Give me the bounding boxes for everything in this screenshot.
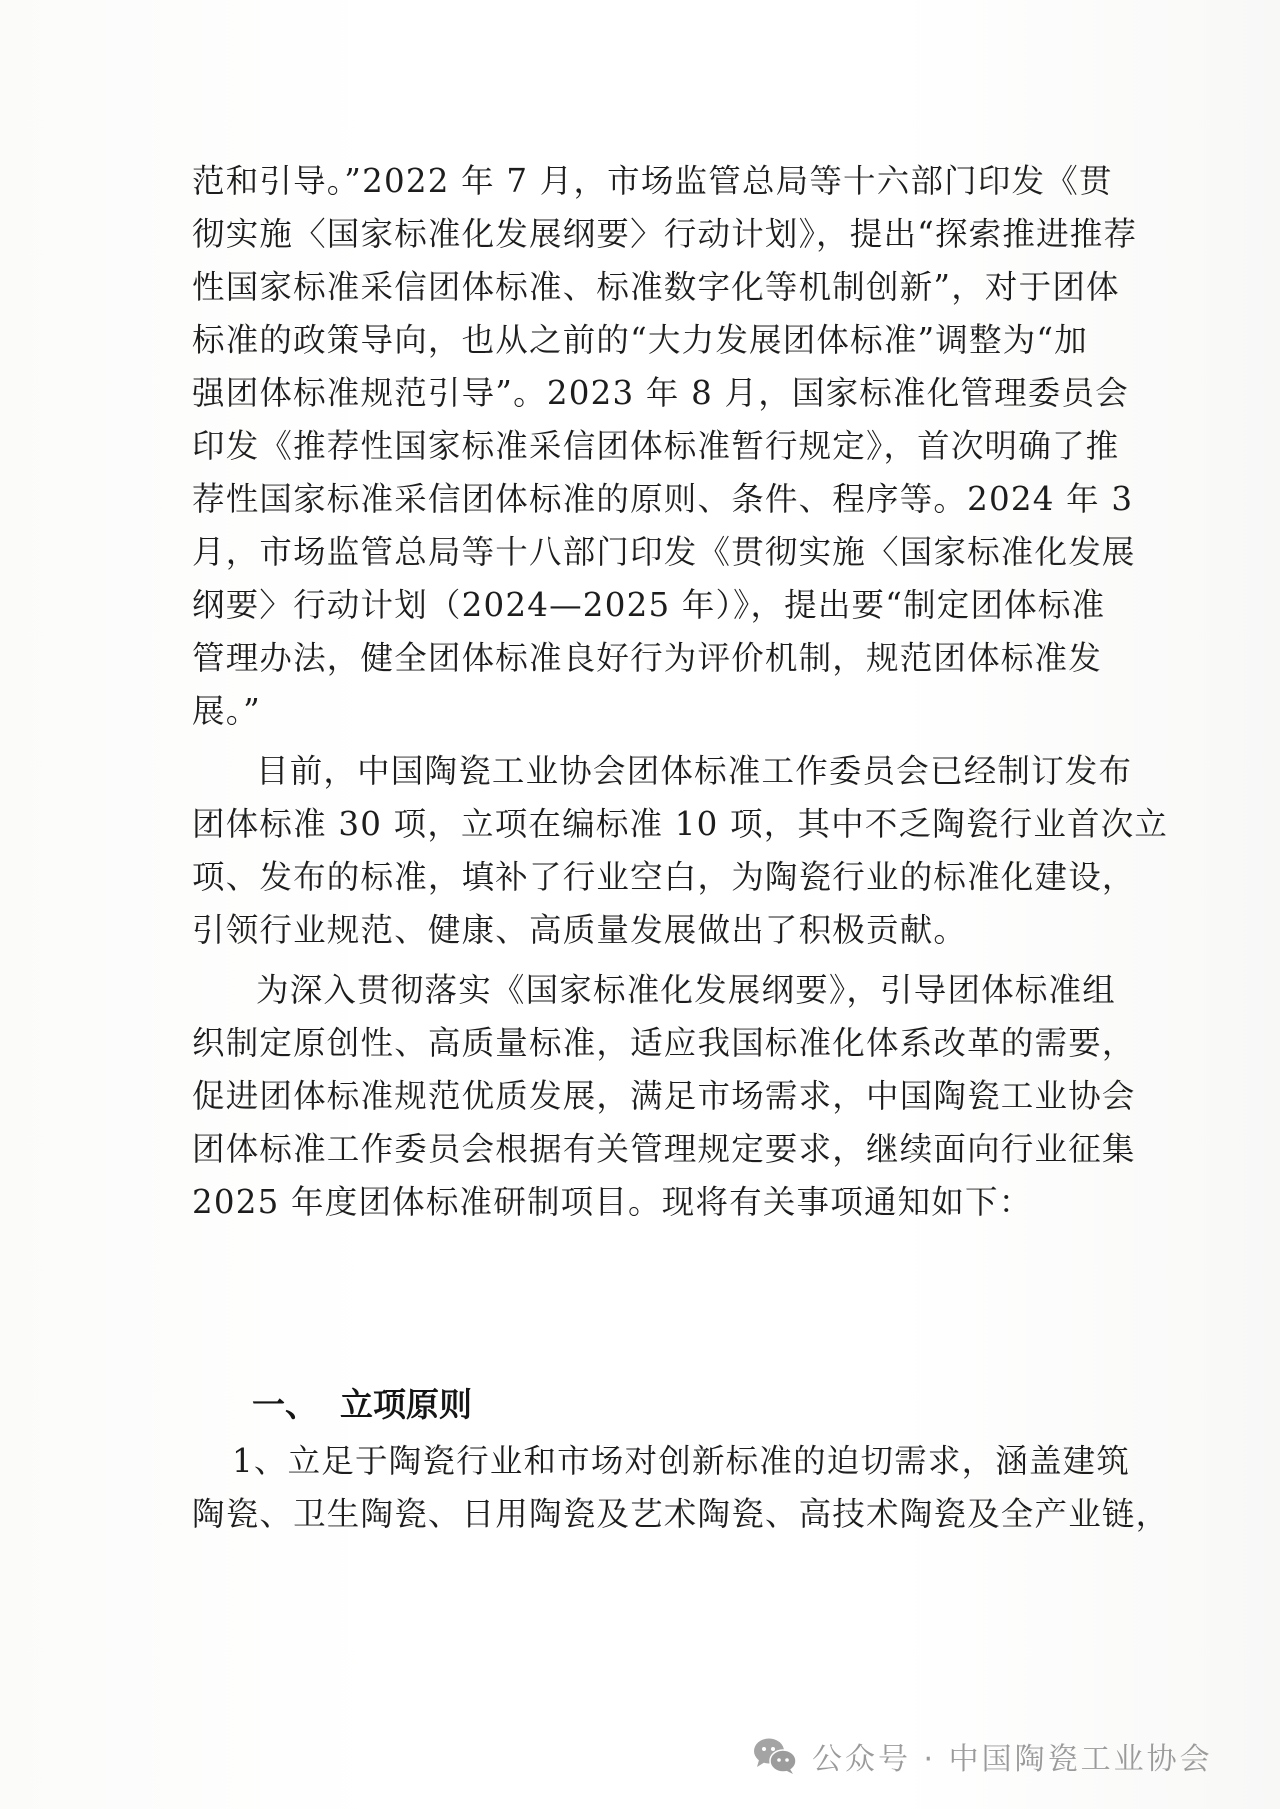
body-line: 目前，中国陶瓷工业协会团体标准工作委员会已经制订发布: [256, 751, 1080, 791]
section-heading: 一、立项原则: [252, 1385, 472, 1425]
body-line: 荐性国家标准采信团体标准的原则、条件、程序等。2024 年 3: [192, 479, 1080, 519]
body-line: 陶瓷、卫生陶瓷、日用陶瓷及艺术陶瓷、高技术陶瓷及全产业链，: [192, 1494, 1080, 1534]
wechat-watermark: 公众号 · 中国陶瓷工业协会: [752, 1734, 1213, 1778]
body-line: 月，市场监管总局等十八部门印发《贯彻实施〈国家标准化发展: [192, 532, 1080, 572]
body-line: 为深入贯彻落实《国家标准化发展纲要》，引导团体标准组: [256, 970, 1080, 1010]
body-line: 纲要〉行动计划（2024—2025 年）》，提出要“制定团体标准: [192, 585, 1080, 625]
body-line: 引领行业规范、健康、高质量发展做出了积极贡献。: [192, 910, 1080, 950]
watermark-text: 公众号 · 中国陶瓷工业协会: [812, 1734, 1213, 1778]
body-line: 性国家标准采信团体标准、标准数字化等机制创新”，对于团体: [192, 267, 1080, 307]
body-line: 促进团体标准规范优质发展，满足市场需求，中国陶瓷工业协会: [192, 1076, 1080, 1116]
body-line: 团体标准工作委员会根据有关管理规定要求，继续面向行业征集: [192, 1129, 1080, 1169]
wechat-icon: [752, 1737, 798, 1775]
section-number: 一、: [252, 1385, 340, 1425]
section-title: 立项原则: [340, 1385, 472, 1424]
body-line: 2025 年度团体标准研制项目。现将有关事项通知如下：: [192, 1182, 1080, 1222]
body-line: 彻实施〈国家标准化发展纲要〉行动计划》，提出“探索推进推荐: [192, 214, 1080, 254]
body-line: 团体标准 30 项，立项在编标准 10 项，其中不乏陶瓷行业首次立: [192, 804, 1080, 844]
body-line: 范和引导。”2022 年 7 月，市场监管总局等十六部门印发《贯: [192, 161, 1080, 201]
body-line: 织制定原创性、高质量标准，适应我国标准化体系改革的需要，: [192, 1023, 1080, 1063]
list-item-line: 1、立足于陶瓷行业和市场对创新标准的迫切需求，涵盖建筑: [232, 1441, 1080, 1481]
body-line: 印发《推荐性国家标准采信团体标准暂行规定》，首次明确了推: [192, 426, 1080, 466]
body-line: 标准的政策导向，也从之前的“大力发展团体标准”调整为“加: [192, 320, 1080, 360]
body-line: 管理办法，健全团体标准良好行为评价机制，规范团体标准发: [192, 638, 1080, 678]
body-line: 强团体标准规范引导”。2023 年 8 月，国家标准化管理委员会: [192, 373, 1080, 413]
body-line: 展。”: [192, 691, 1080, 731]
body-line: 项、发布的标准，填补了行业空白，为陶瓷行业的标准化建设，: [192, 857, 1080, 897]
scanned-document-page: 范和引导。”2022 年 7 月，市场监管总局等十六部门印发《贯 彻实施〈国家标…: [0, 0, 1280, 1809]
